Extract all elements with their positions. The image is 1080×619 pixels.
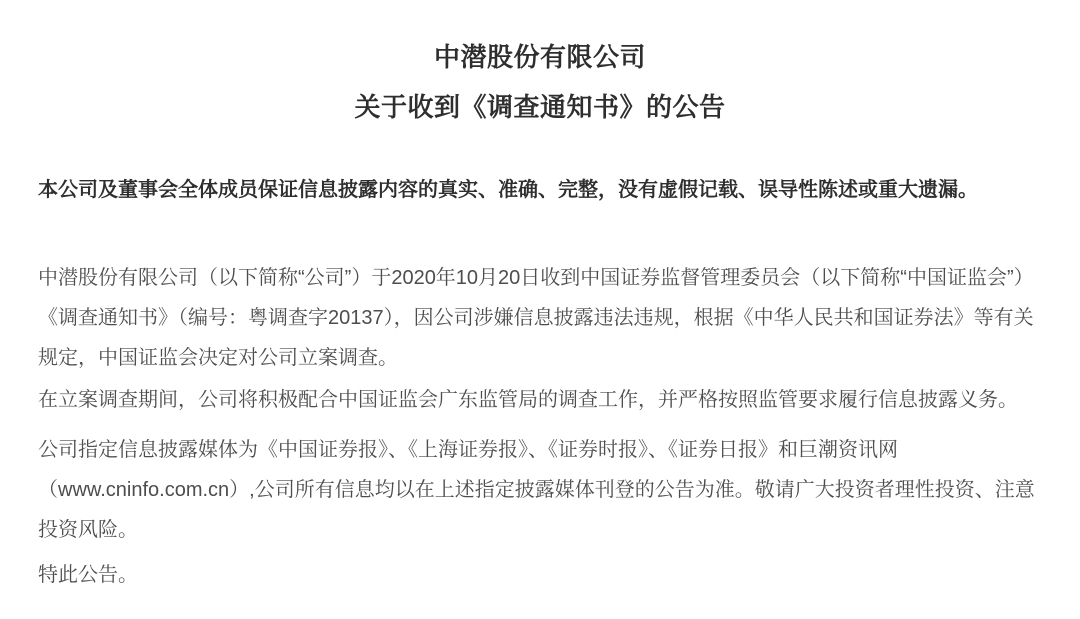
paragraph-cooperation-commitment: 在立案调查期间，公司将积极配合中国证监会广东监管局的调查工作，并严格按照监管要求… xyxy=(38,380,1042,420)
announcement-title: 关于收到《调查通知书》的公告 xyxy=(38,90,1042,124)
paragraph-investigation-notice: 中潜股份有限公司（以下简称“公司”）于2020年10月20日收到中国证券监督管理… xyxy=(38,258,1042,378)
paragraph-disclosure-media: 公司指定信息披露媒体为《中国证券报》、《上海证券报》、《证券时报》、《证券日报》… xyxy=(38,430,1042,550)
closing-statement: 特此公告。 xyxy=(38,555,1042,595)
company-name-title: 中潜股份有限公司 xyxy=(38,40,1042,74)
disclaimer-statement: 本公司及董事会全体成员保证信息披露内容的真实、准确、完整，没有虚假记载、误导性陈… xyxy=(38,170,1042,210)
announcement-document: 中潜股份有限公司 关于收到《调查通知书》的公告 本公司及董事会全体成员保证信息披… xyxy=(0,0,1080,619)
